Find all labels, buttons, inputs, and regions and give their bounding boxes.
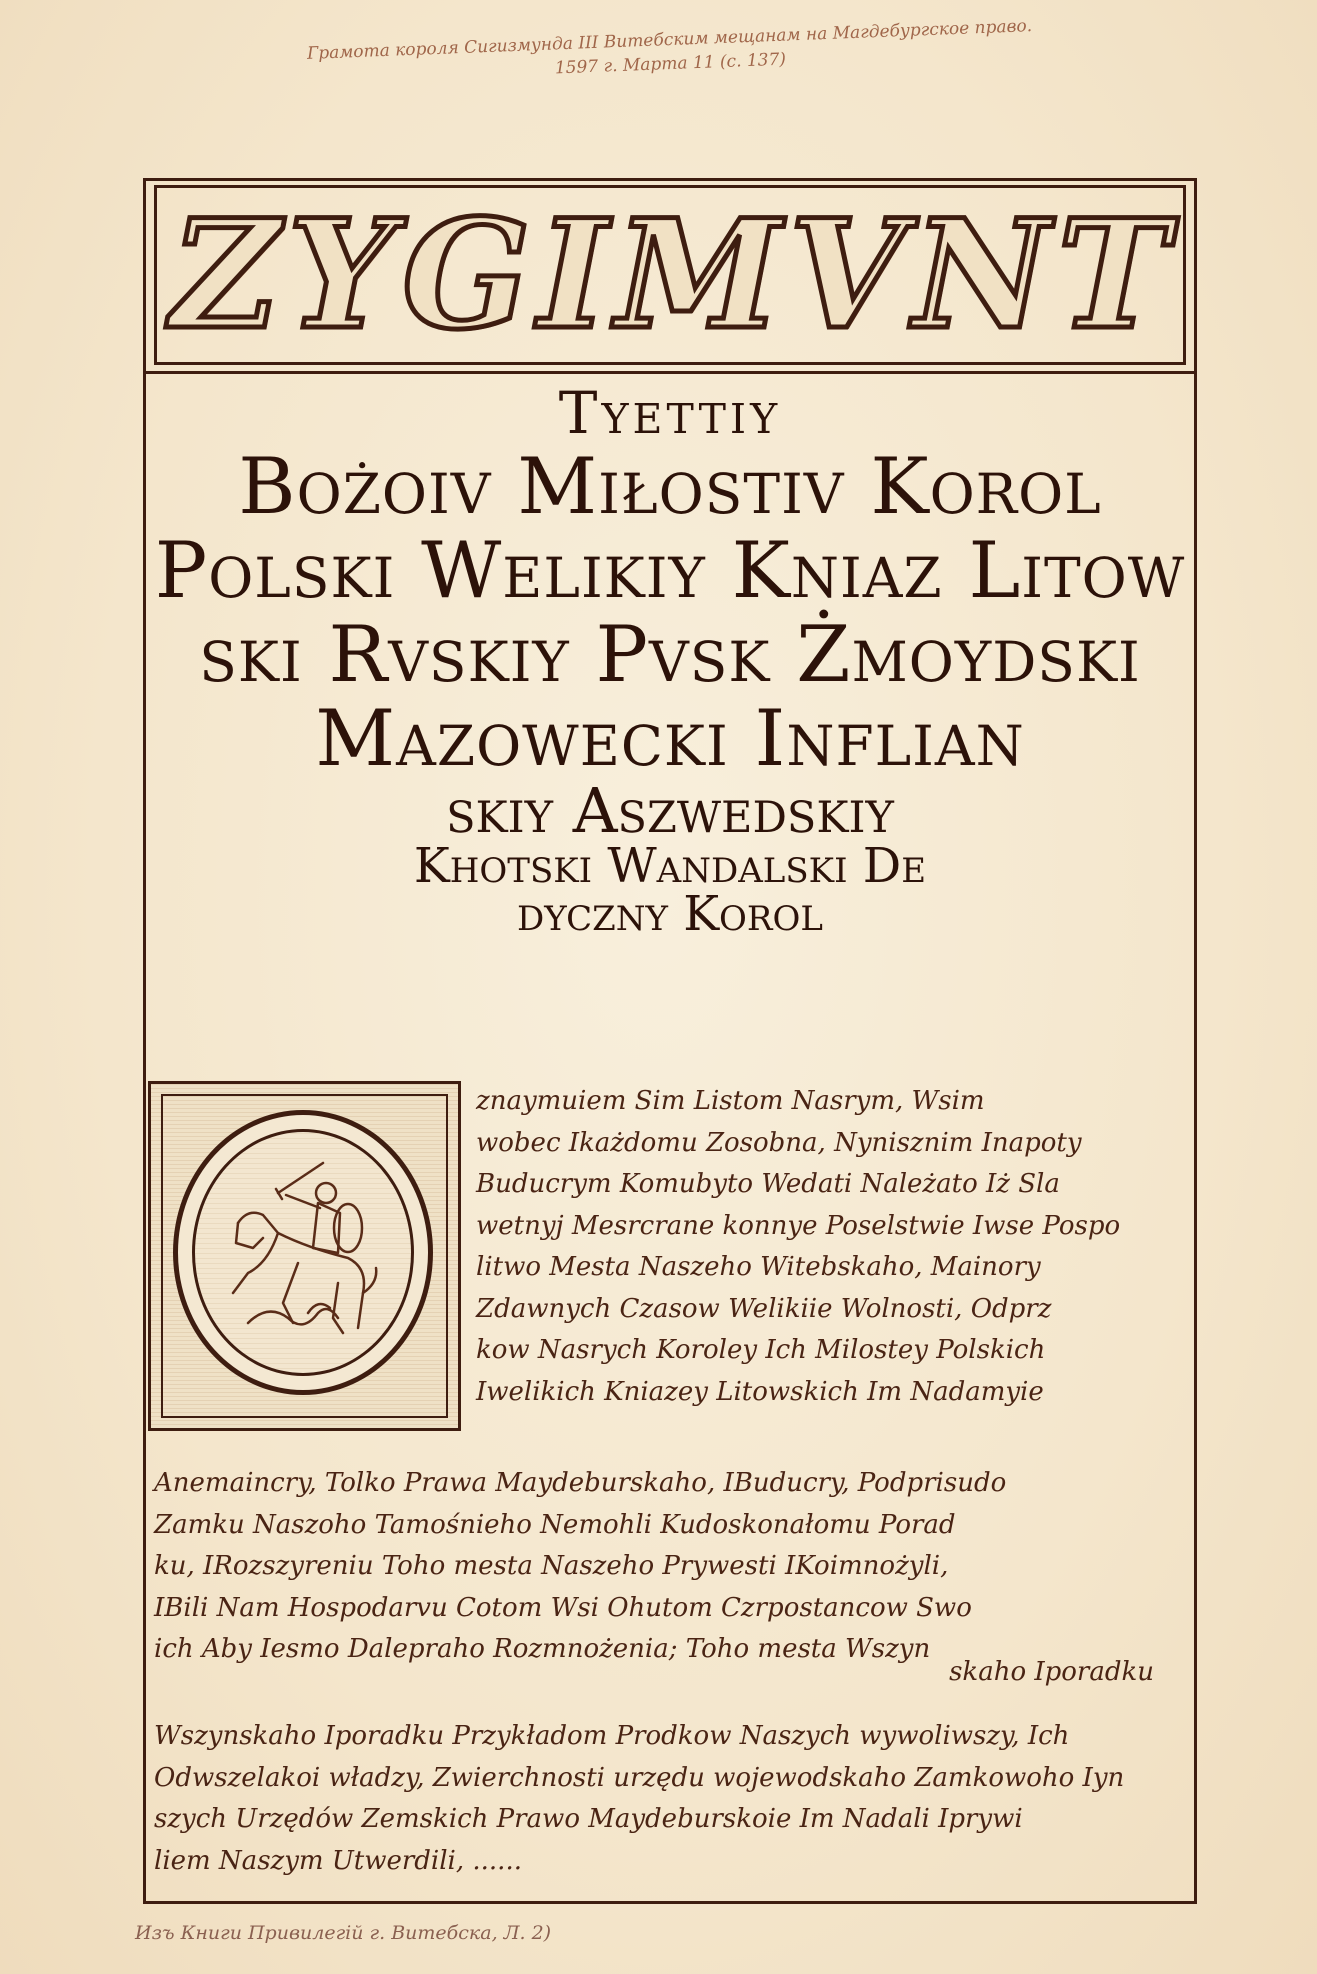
text-line: Zdawnych Czasow Welikiie Wolnosti, Odprz (476, 1289, 1120, 1331)
title-line: Khotski Wandalski De (146, 842, 1194, 890)
banner-letter: M (616, 200, 782, 350)
text-line: IBili Nam Hospodarvu Cotom Wsi Ohutom Cz… (154, 1588, 1006, 1630)
text-line: Anemaincry, Tolko Prawa Maydeburskaho, I… (154, 1463, 1006, 1505)
text-line: ich Aby Iesmo Dalepraho Rozmnożenia; Toh… (154, 1629, 1006, 1671)
pencil-annotation: Грамота короля Сигизмунда III Витебским … (239, 12, 1100, 93)
text-line: Zamku Naszoho Tamośnieho Nemohli Kudosko… (154, 1505, 1006, 1547)
title-line: skiy Aszwedskiy (146, 780, 1194, 842)
title-line: Mazowecki Inflian (146, 700, 1194, 778)
text-line: wobec Ikażdomu Zosobna, Nynisznim Inapot… (476, 1123, 1120, 1165)
charter-catchword: skaho Iporadku (949, 1652, 1154, 1694)
initial-letter-o (173, 1110, 433, 1395)
divider-line (146, 371, 1194, 374)
document-frame: Z Y G I M V N T Tyettiy Bożoiv Miłostiv … (143, 178, 1197, 1904)
text-line: znaymuiem Sim Listom Nasrym, Wsim (476, 1081, 1120, 1123)
text-line: kow Nasrych Koroley Ich Milostey Polskic… (476, 1330, 1120, 1372)
title-line: Polski Welikiy Kniaz Litow (146, 532, 1194, 610)
charter-text-final: Wszynskaho Iporadku Przykładom Prodkow N… (154, 1716, 1124, 1882)
banner-letter: N (913, 200, 1050, 350)
mounted-knight-icon (208, 1153, 398, 1353)
ornamental-banner: Z Y G I M V N T (154, 185, 1186, 365)
banner-letter: Z (171, 200, 281, 350)
text-line: wetnyj Mesrcrane konnye Poselstwie Iwse … (476, 1206, 1120, 1248)
charter-text-full-width: Anemaincry, Tolko Prawa Maydeburskaho, I… (154, 1463, 1006, 1671)
text-line: szych Urzędów Zemskich Prawo Maydebursko… (154, 1799, 1124, 1841)
banner-letter: Y (288, 200, 395, 350)
title-line: Bożoiv Miłostiv Korol (146, 448, 1194, 526)
text-line: litwo Mesta Naszeho Witebskaho, Mainory (476, 1247, 1120, 1289)
text-line: Odwszelakoi władzy, Zwierchnosti urzędu … (154, 1758, 1124, 1800)
charter-text-beside-initial: znaymuiem Sim Listom Nasrym, Wsim wobec … (476, 1081, 1120, 1413)
illuminated-initial (148, 1081, 461, 1431)
title-line: Tyettiy (146, 384, 1194, 442)
text-line: Wszynskaho Iporadku Przykładom Prodkow N… (154, 1716, 1124, 1758)
title-line: ski Rvskiy Pvsk Żmoydski (146, 616, 1194, 694)
text-line: liem Naszym Utwerdili, ...... (154, 1841, 1124, 1883)
text-line: ku, IRozszyreniu Toho mesta Naszeho Pryw… (154, 1546, 1006, 1588)
source-note: Изъ Книги Привилегiй г. Витебска, Л. 2) (135, 1922, 551, 1944)
text-line: Buducrym Komubyto Wedati Należato Iż Sla (476, 1164, 1120, 1206)
banner-letter: G (402, 200, 530, 350)
banner-letter: V (789, 200, 905, 350)
title-line: dyczny Korol (146, 890, 1194, 938)
banner-letter: T (1058, 200, 1170, 350)
royal-title: Tyettiy Bożoiv Miłostiv Korol Polski Wel… (146, 376, 1194, 938)
text-line: Iwelikich Kniazey Litowskich Im Nadamyie (476, 1372, 1120, 1414)
banner-letter: I (538, 200, 608, 350)
